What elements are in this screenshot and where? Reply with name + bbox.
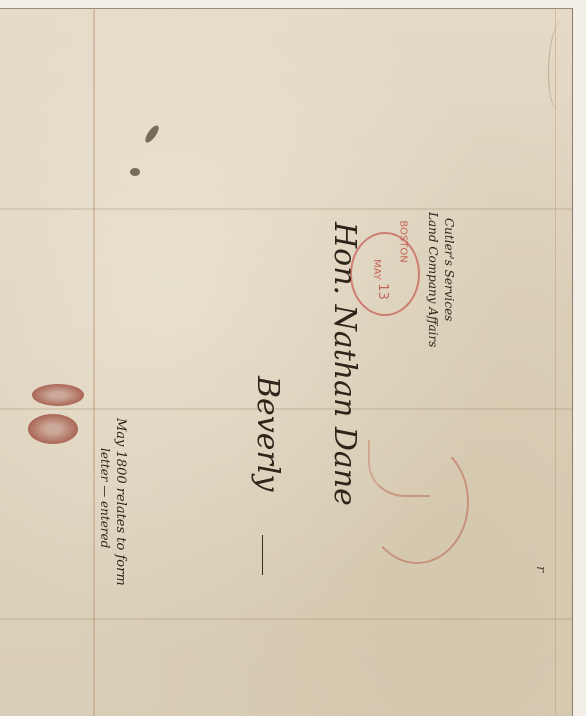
ink-smudge <box>130 168 140 176</box>
docketing-note-line1: Cutler's Services <box>442 218 456 321</box>
wax-seal-remnant <box>28 414 78 444</box>
fold-line-vertical <box>555 8 556 716</box>
wax-seal-remnant <box>32 384 84 406</box>
side-note-line1: May 1800 relates to form <box>113 418 128 586</box>
fold-line-horizontal <box>0 618 572 620</box>
docketing-note-line2: Land Company Affairs <box>426 212 440 347</box>
sheet-edge <box>572 8 573 716</box>
fold-line-horizontal <box>0 408 572 410</box>
address-line1: Hon. Nathan Dane <box>327 222 362 506</box>
postmark-month: MAY <box>371 259 382 280</box>
side-note-line2: letter — entered <box>98 448 112 548</box>
fold-line-horizontal <box>0 208 572 210</box>
postmark-city: BOSTON <box>398 220 409 262</box>
fold-line-vertical <box>93 8 95 716</box>
letter-sheet <box>0 8 572 716</box>
corner-mark: r <box>533 566 548 572</box>
address-line2: Beverly <box>250 376 285 491</box>
underline-dash <box>262 535 263 575</box>
postmark-day: 13 <box>375 283 390 300</box>
